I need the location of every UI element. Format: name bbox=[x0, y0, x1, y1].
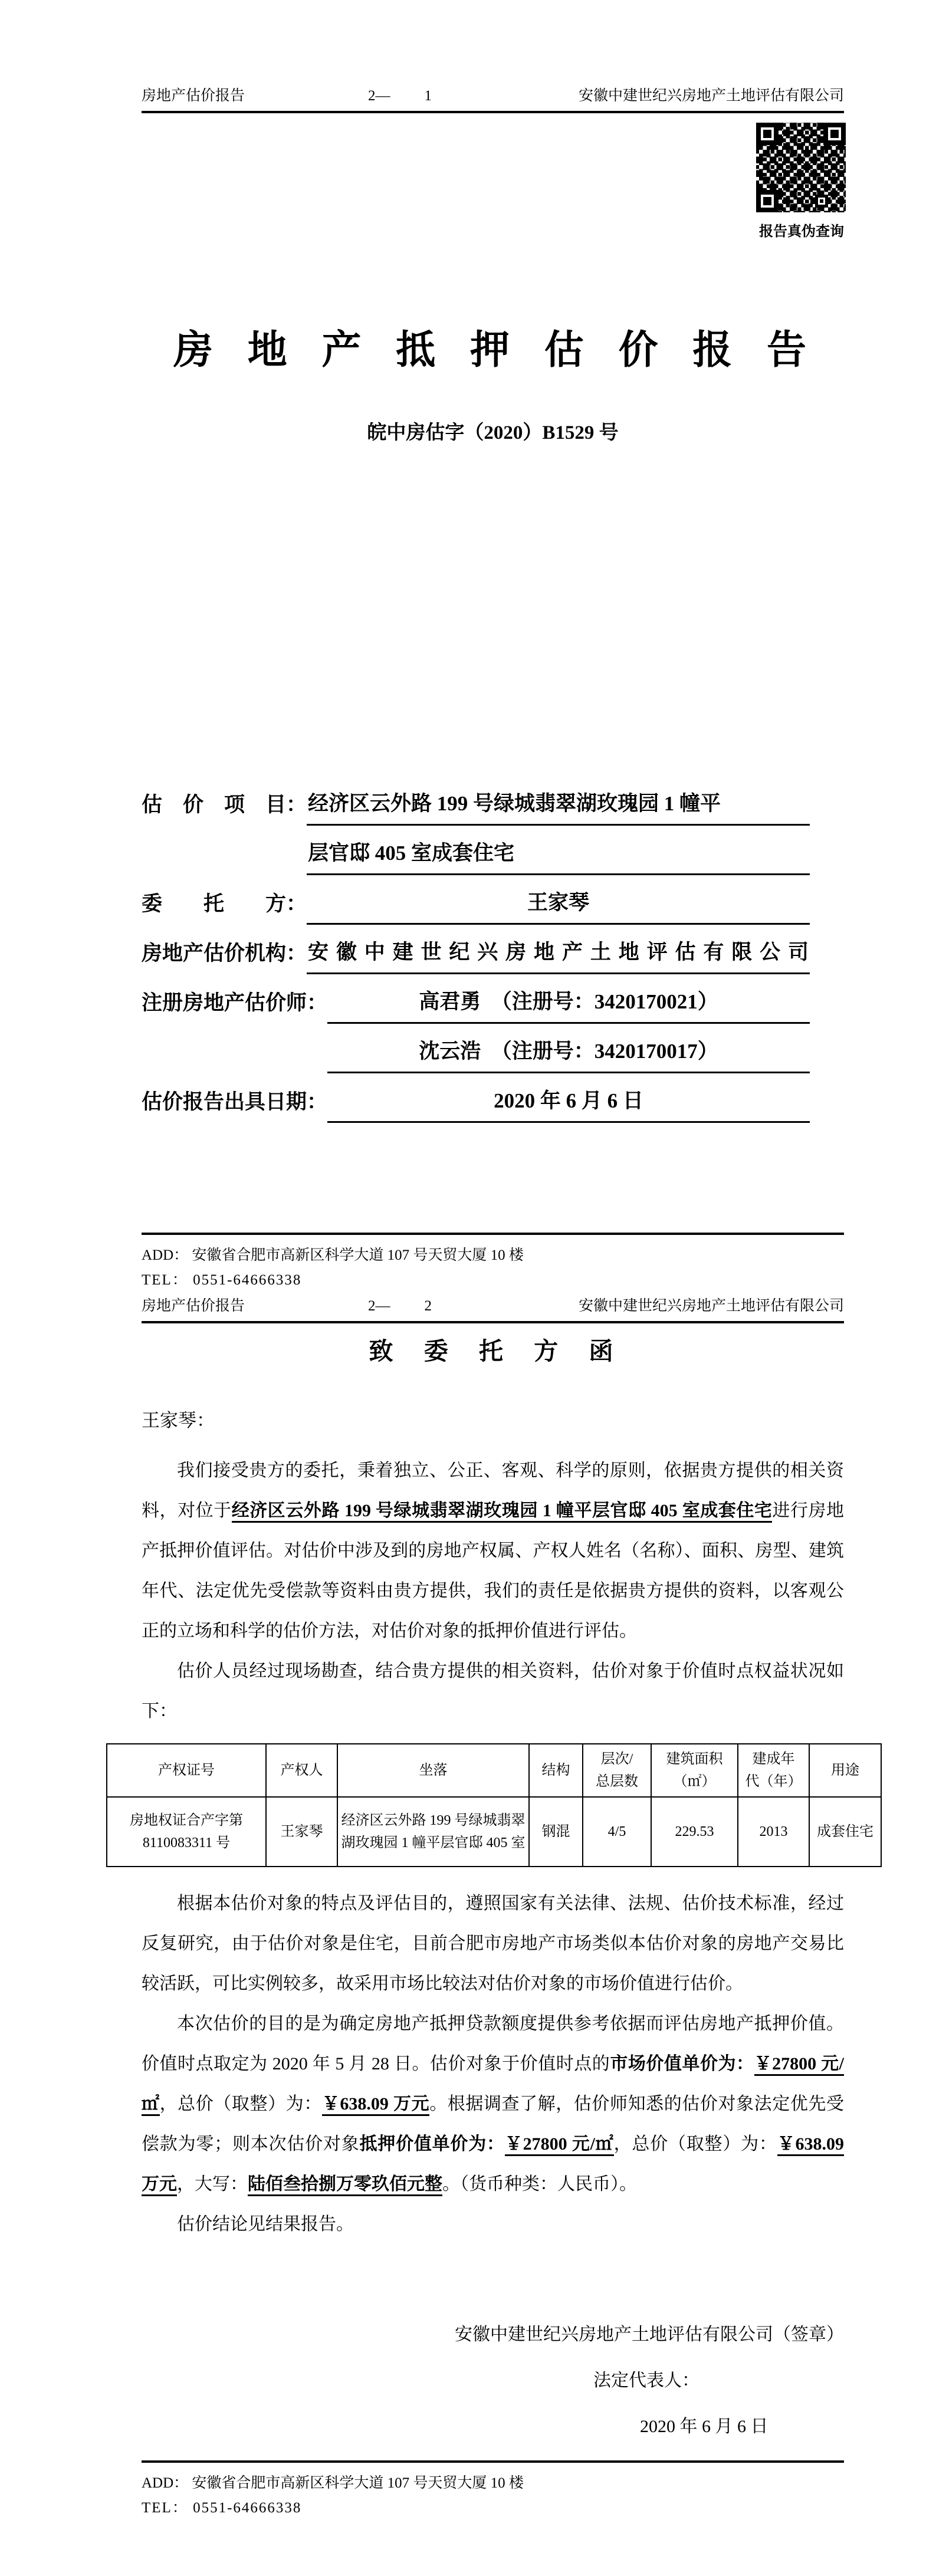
page1-footer: ADD： 安徽省合肥市高新区科学大道 107 号天贸大厦 10 楼 TEL： 0… bbox=[142, 1233, 844, 1293]
p4-run-4: ，总价（取整）为： bbox=[160, 2094, 322, 2114]
cell-location: 经济区云外路 199 号绿城翡翠湖玫瑰园 1 幢平层官邸 405 室 bbox=[337, 1797, 529, 1867]
p4-market-total-price-value: ￥638.09 万元 bbox=[322, 2094, 429, 2116]
p4-mortgage-unit-price-value: ￥27800 元/㎡ bbox=[505, 2134, 614, 2156]
table-row: 房地权证合产字第 8110083311 号 王家琴 经济区云外路 199 号绿城… bbox=[107, 1797, 881, 1867]
col-area: 建筑面积 （㎡） bbox=[651, 1744, 738, 1797]
letter-paragraph-5: 估价结论见结果报告。 bbox=[142, 2204, 844, 2245]
header-doc-type: 房地产估价报告 bbox=[142, 1297, 245, 1315]
qr-finder-top-right-icon bbox=[823, 123, 846, 145]
page1-header: 房地产估价报告 2— 1 安徽中建世纪兴房地产土地评估有限公司 bbox=[142, 87, 844, 113]
field-issue-date: 估价报告出具日期： 2020 年 6 月 6 日 bbox=[142, 1082, 810, 1123]
agency-value: 安徽中建世纪兴房地产土地评估有限公司 bbox=[307, 933, 810, 974]
appraiser-label: 注册房地产估价师： bbox=[142, 983, 327, 1024]
footer-address: ADD： 安徽省合肥市高新区科学大道 107 号天贸大厦 10 楼 bbox=[142, 1243, 844, 1268]
p4-run-9: ，总价（取整）为： bbox=[614, 2134, 777, 2154]
field-project-line1: 估 价 项 目： 经济区云外路 199 号绿城翡翠湖玫瑰园 1 幢平 bbox=[142, 784, 810, 826]
report-number: 皖中房估字（2020）B1529 号 bbox=[142, 420, 844, 446]
p4-mortgage-unit-price-label: 抵押价值单价为： bbox=[359, 2134, 504, 2154]
header-company: 安徽中建世纪兴房地产土地评估有限公司 bbox=[579, 1297, 844, 1315]
issue-date-value: 2020 年 6 月 6 日 bbox=[327, 1082, 810, 1123]
cell-cert-no: 房地权证合产字第 8110083311 号 bbox=[107, 1797, 266, 1867]
footer-tel: TEL： 0551-64666338 bbox=[142, 1268, 844, 1293]
signature-legal-rep: 法定代表人： bbox=[593, 2368, 844, 2393]
letter-salutation: 王家琴： bbox=[142, 1408, 844, 1433]
col-year: 建成年 代（年） bbox=[738, 1744, 809, 1797]
issue-date-label: 估价报告出具日期： bbox=[142, 1082, 327, 1123]
project-value-line1: 经济区云外路 199 号绿城翡翠湖玫瑰园 1 幢平 bbox=[307, 784, 810, 826]
letter-paragraph-3: 根据本估价对象的特点及评估目的，遵照国家有关法律、法规、估价技术标准，经过反复研… bbox=[142, 1884, 844, 2004]
letter-title: 致 委 托 方 函 bbox=[142, 1335, 844, 1367]
field-agency: 房地产估价机构： 安徽中建世纪兴房地产土地评估有限公司 bbox=[142, 933, 810, 974]
cell-use: 成套住宅 bbox=[809, 1797, 881, 1867]
col-use: 用途 bbox=[809, 1744, 881, 1797]
qr-caption: 报告真伪查询 bbox=[756, 219, 847, 240]
field-appraiser-1: 注册房地产估价师： 高君勇 （注册号：3420170021） bbox=[142, 983, 810, 1024]
client-label: 委 托 方： bbox=[142, 883, 307, 925]
header-page-prefix: 2— bbox=[368, 1297, 390, 1315]
cell-owner: 王家琴 bbox=[266, 1797, 337, 1867]
qr-alignment-icon bbox=[815, 195, 828, 208]
agency-label: 房地产估价机构： bbox=[142, 933, 307, 974]
col-structure: 结构 bbox=[529, 1744, 583, 1797]
property-rights-table: 产权证号 产权人 坐落 结构 层次/ 总层数 建筑面积 （㎡） 建成年 代（年）… bbox=[106, 1743, 882, 1867]
signature-date: 2020 年 6 月 6 日 bbox=[640, 2414, 844, 2439]
page2-footer: ADD： 安徽省合肥市高新区科学大道 107 号天贸大厦 10 楼 TEL： 0… bbox=[142, 2460, 844, 2521]
cover-title: 房 地 产 抵 押 估 价 报 告 bbox=[142, 323, 844, 377]
header-doc-type: 房地产估价报告 bbox=[142, 87, 245, 105]
cell-area: 229.53 bbox=[651, 1797, 738, 1867]
p4-run-11: ，大写： bbox=[177, 2174, 248, 2194]
col-location: 坐落 bbox=[337, 1744, 529, 1797]
header-page-number: 2 bbox=[425, 1297, 432, 1315]
client-value: 王家琴 bbox=[307, 883, 810, 925]
project-label: 估 价 项 目： bbox=[142, 784, 307, 826]
cover-fields: 估 价 项 目： 经济区云外路 199 号绿城翡翠湖玫瑰园 1 幢平 估 价 项… bbox=[142, 784, 810, 1123]
qr-verification-block: 报告真伪查询 bbox=[756, 123, 847, 240]
cell-floor: 4/5 bbox=[583, 1797, 651, 1867]
footer-address: ADD： 安徽省合肥市高新区科学大道 107 号天贸大厦 10 楼 bbox=[142, 2471, 844, 2496]
header-page-prefix: 2— bbox=[368, 87, 390, 105]
p4-price-in-words: 陆佰叁拾捌万零玖佰元整 bbox=[248, 2174, 442, 2196]
appraiser1-value: 高君勇 （注册号：3420170021） bbox=[327, 983, 810, 1024]
p1-run-property: 经济区云外路 199 号绿城翡翠湖玫瑰园 1 幢平层官邸 405 室成套住宅 bbox=[232, 1501, 773, 1523]
cell-structure: 钢混 bbox=[529, 1797, 583, 1867]
field-project-line2: 估 价 项 目： 层官邸 405 室成套住宅 bbox=[142, 834, 810, 875]
p4-market-unit-price-label: 市场价值单价为： bbox=[610, 2054, 754, 2074]
qr-finder-top-left-icon bbox=[756, 123, 779, 145]
header-page-number: 1 bbox=[425, 87, 432, 105]
signature-company: 安徽中建世纪兴房地产土地评估有限公司（签章） bbox=[142, 2322, 844, 2347]
footer-tel: TEL： 0551-64666338 bbox=[142, 2496, 844, 2521]
cell-year: 2013 bbox=[738, 1797, 809, 1867]
header-page-indicator: 2— 2 bbox=[368, 1297, 432, 1315]
letter-paragraph-1: 我们接受贵方的委托，秉着独立、公正、客观、科学的原则，依据贵方提供的相关资料，对… bbox=[142, 1451, 844, 1651]
table-header-row: 产权证号 产权人 坐落 结构 层次/ 总层数 建筑面积 （㎡） 建成年 代（年）… bbox=[107, 1744, 881, 1797]
header-company: 安徽中建世纪兴房地产土地评估有限公司 bbox=[579, 87, 844, 105]
qr-code bbox=[756, 123, 846, 212]
col-cert-no: 产权证号 bbox=[107, 1744, 266, 1797]
letter-paragraph-2: 估价人员经过现场勘查，结合贵方提供的相关资料，估价对象于价值时点权益状况如下： bbox=[142, 1651, 844, 1731]
report-document: 报告真伪查询 房地产估价报告 2— 1 安徽中建世纪兴房地产土地评估有限公司 房… bbox=[0, 0, 936, 2576]
header-page-indicator: 2— 1 bbox=[368, 87, 432, 105]
field-client: 委 托 方： 王家琴 bbox=[142, 883, 810, 925]
p4-run-13: 。（货币种类：人民币）。 bbox=[442, 2174, 637, 2194]
col-floor: 层次/ 总层数 bbox=[583, 1744, 651, 1797]
field-appraiser-2: 注册房地产估价师： 沈云浩 （注册号：3420170017） bbox=[142, 1032, 810, 1073]
project-value-line2: 层官邸 405 室成套住宅 bbox=[307, 834, 810, 875]
col-owner: 产权人 bbox=[266, 1744, 337, 1797]
letter-paragraph-4: 本次估价的目的是为确定房地产抵押贷款额度提供参考依据而评估房地产抵押价值。价值时… bbox=[142, 2004, 844, 2204]
page2-header: 房地产估价报告 2— 2 安徽中建世纪兴房地产土地评估有限公司 bbox=[142, 1297, 844, 1323]
qr-finder-bottom-left-icon bbox=[756, 190, 779, 212]
appraiser2-value: 沈云浩 （注册号：3420170017） bbox=[327, 1032, 810, 1073]
